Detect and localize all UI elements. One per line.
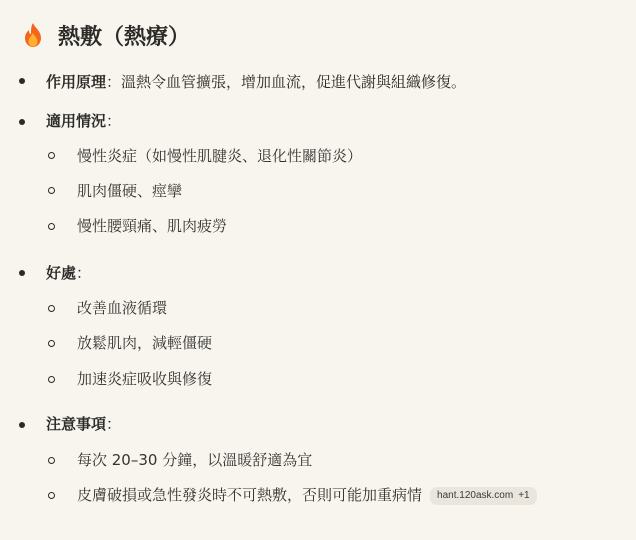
item-label: 注意事項: [46, 415, 106, 433]
circle-bullet-icon: [48, 457, 55, 464]
item-text: 溫熱令血管擴張，增加血流，促進代謝與組織修復。: [121, 73, 466, 91]
bullet-icon: [19, 270, 25, 276]
item-label: 好處: [46, 264, 76, 282]
sub-list-item: 慢性腰頸痛、肌肉疲勞: [77, 215, 227, 236]
citation-source: hant.120ask.com: [437, 490, 513, 501]
sub-list-item: 肌肉僵硬、痙攣: [77, 180, 182, 201]
circle-bullet-icon: [48, 340, 55, 347]
bullet-icon: [19, 78, 25, 84]
circle-bullet-icon: [48, 492, 55, 499]
section-heading: 熱敷（熱療）: [22, 18, 190, 52]
circle-bullet-icon: [48, 223, 55, 230]
sub-list-item: 改善血液循環: [77, 297, 167, 318]
colon: ：: [106, 415, 121, 433]
circle-bullet-icon: [48, 305, 55, 312]
sub-list-item: 皮膚破損或急性發炎時不可熱敷，否則可能加重病情hant.120ask.com+1: [77, 484, 537, 505]
citation-count: +1: [518, 490, 529, 501]
citation-badge[interactable]: hant.120ask.com+1: [430, 487, 537, 505]
list-item-indications: 適用情況：: [46, 110, 121, 131]
list-item-benefits: 好處：: [46, 262, 91, 283]
item-label: 適用情況: [46, 112, 106, 130]
colon: ：: [106, 112, 121, 130]
item-label: 作用原理: [46, 73, 106, 91]
sub-list-item: 放鬆肌肉，減輕僵硬: [77, 332, 212, 353]
response-content: 熱敷（熱療） 作用原理：溫熱令血管擴張，增加血流，促進代謝與組織修復。 適用情況…: [0, 0, 636, 540]
fire-icon: [22, 22, 44, 48]
sub-list-item-text: 皮膚破損或急性發炎時不可熱敷，否則可能加重病情: [77, 486, 422, 504]
colon: ：: [106, 73, 121, 91]
circle-bullet-icon: [48, 152, 55, 159]
sub-list-item: 每次 20–30 分鐘，以溫暖舒適為宜: [77, 449, 312, 470]
circle-bullet-icon: [48, 376, 55, 383]
circle-bullet-icon: [48, 187, 55, 194]
colon: ：: [76, 264, 91, 282]
list-item-precautions: 注意事項：: [46, 413, 121, 434]
sub-list-item: 加速炎症吸收與修復: [77, 368, 212, 389]
list-item-principle: 作用原理：溫熱令血管擴張，增加血流，促進代謝與組織修復。: [46, 71, 466, 92]
heading-text: 熱敷（熱療）: [58, 20, 190, 51]
sub-list-item: 慢性炎症（如慢性肌腱炎、退化性關節炎）: [77, 145, 362, 166]
bullet-icon: [19, 422, 25, 428]
bullet-icon: [19, 119, 25, 125]
